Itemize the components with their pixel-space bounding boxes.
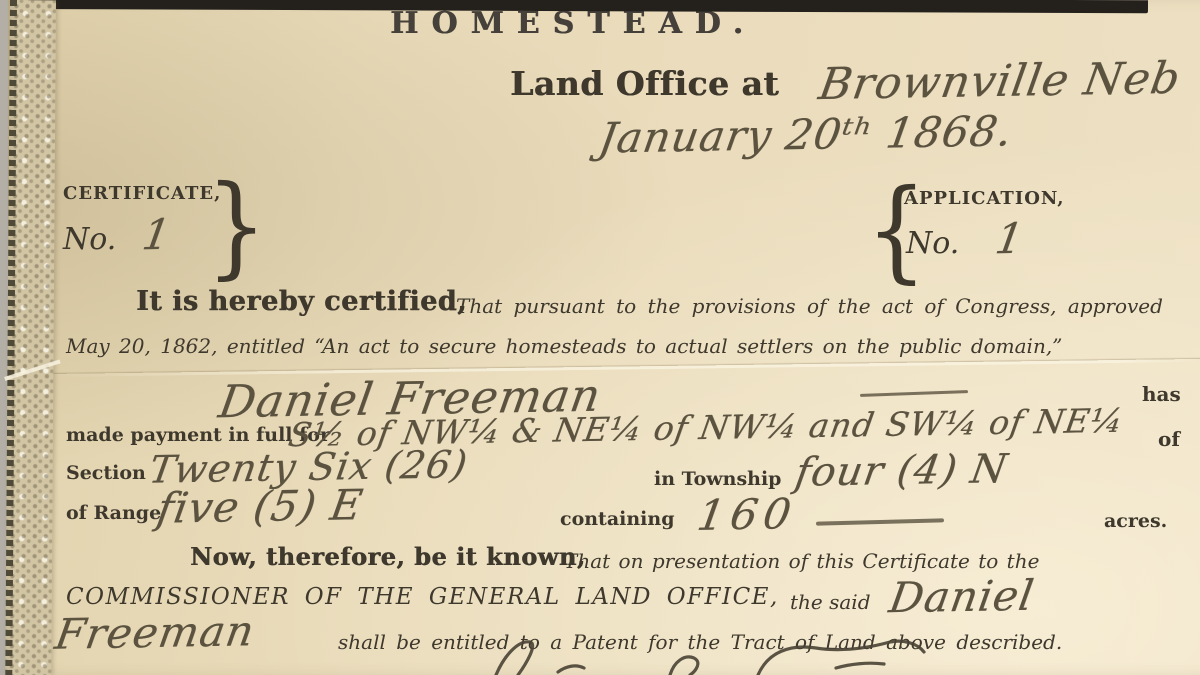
certified-heading: It is hereby certified, xyxy=(136,286,467,317)
application-no-label: No. xyxy=(906,226,959,261)
range-value: five (5) E xyxy=(154,480,367,533)
application-label: APPLICATION, xyxy=(904,188,1064,209)
acreage-dash xyxy=(816,518,944,525)
date-value: January 20ᵗʰ 1868. xyxy=(596,106,1017,162)
now-text: That on presentation of this Certificate… xyxy=(564,549,1039,573)
land-office-label: Land Office at xyxy=(510,64,779,103)
containing-label: containing xyxy=(560,508,675,530)
certificate-brace: } xyxy=(206,171,267,281)
certified-text-line1: That pursuant to the provisions of the a… xyxy=(456,294,1163,318)
township-value: four (4) N xyxy=(792,446,1011,496)
certificate-label: CERTIFICATE, xyxy=(63,183,221,204)
said-name-first: Daniel xyxy=(886,571,1038,622)
now-heading: Now, therefore, be it known, xyxy=(190,542,586,571)
range-label: of Range xyxy=(66,502,161,524)
section-label: Section xyxy=(66,462,146,484)
fold-line xyxy=(48,359,1200,377)
certificate-no-value: 1 xyxy=(139,210,175,259)
land-office-value: Brownville Neb xyxy=(815,53,1184,110)
certificate-no-label: No. xyxy=(63,222,116,257)
pen-flourish xyxy=(860,390,968,397)
township-label: in Township xyxy=(654,468,781,490)
has-label: has xyxy=(1142,382,1181,406)
document-paper: HOMESTEAD. Land Office at Brownville Neb… xyxy=(8,0,1200,675)
lace-border xyxy=(5,0,56,675)
commissioner-line: COMMISSIONER OF THE GENERAL LAND OFFICE, xyxy=(66,584,779,610)
acres-label: acres. xyxy=(1104,510,1167,532)
acreage-value: 160 xyxy=(694,489,800,540)
application-no-value: 1 xyxy=(992,214,1028,263)
certified-text-line2: May 20, 1862, entitled “An act to secure… xyxy=(66,334,1062,358)
the-said-label: the said xyxy=(790,590,871,614)
of-label: of xyxy=(1158,427,1180,451)
partial-signature xyxy=(438,638,938,675)
said-name-last: Freeman xyxy=(52,606,258,658)
